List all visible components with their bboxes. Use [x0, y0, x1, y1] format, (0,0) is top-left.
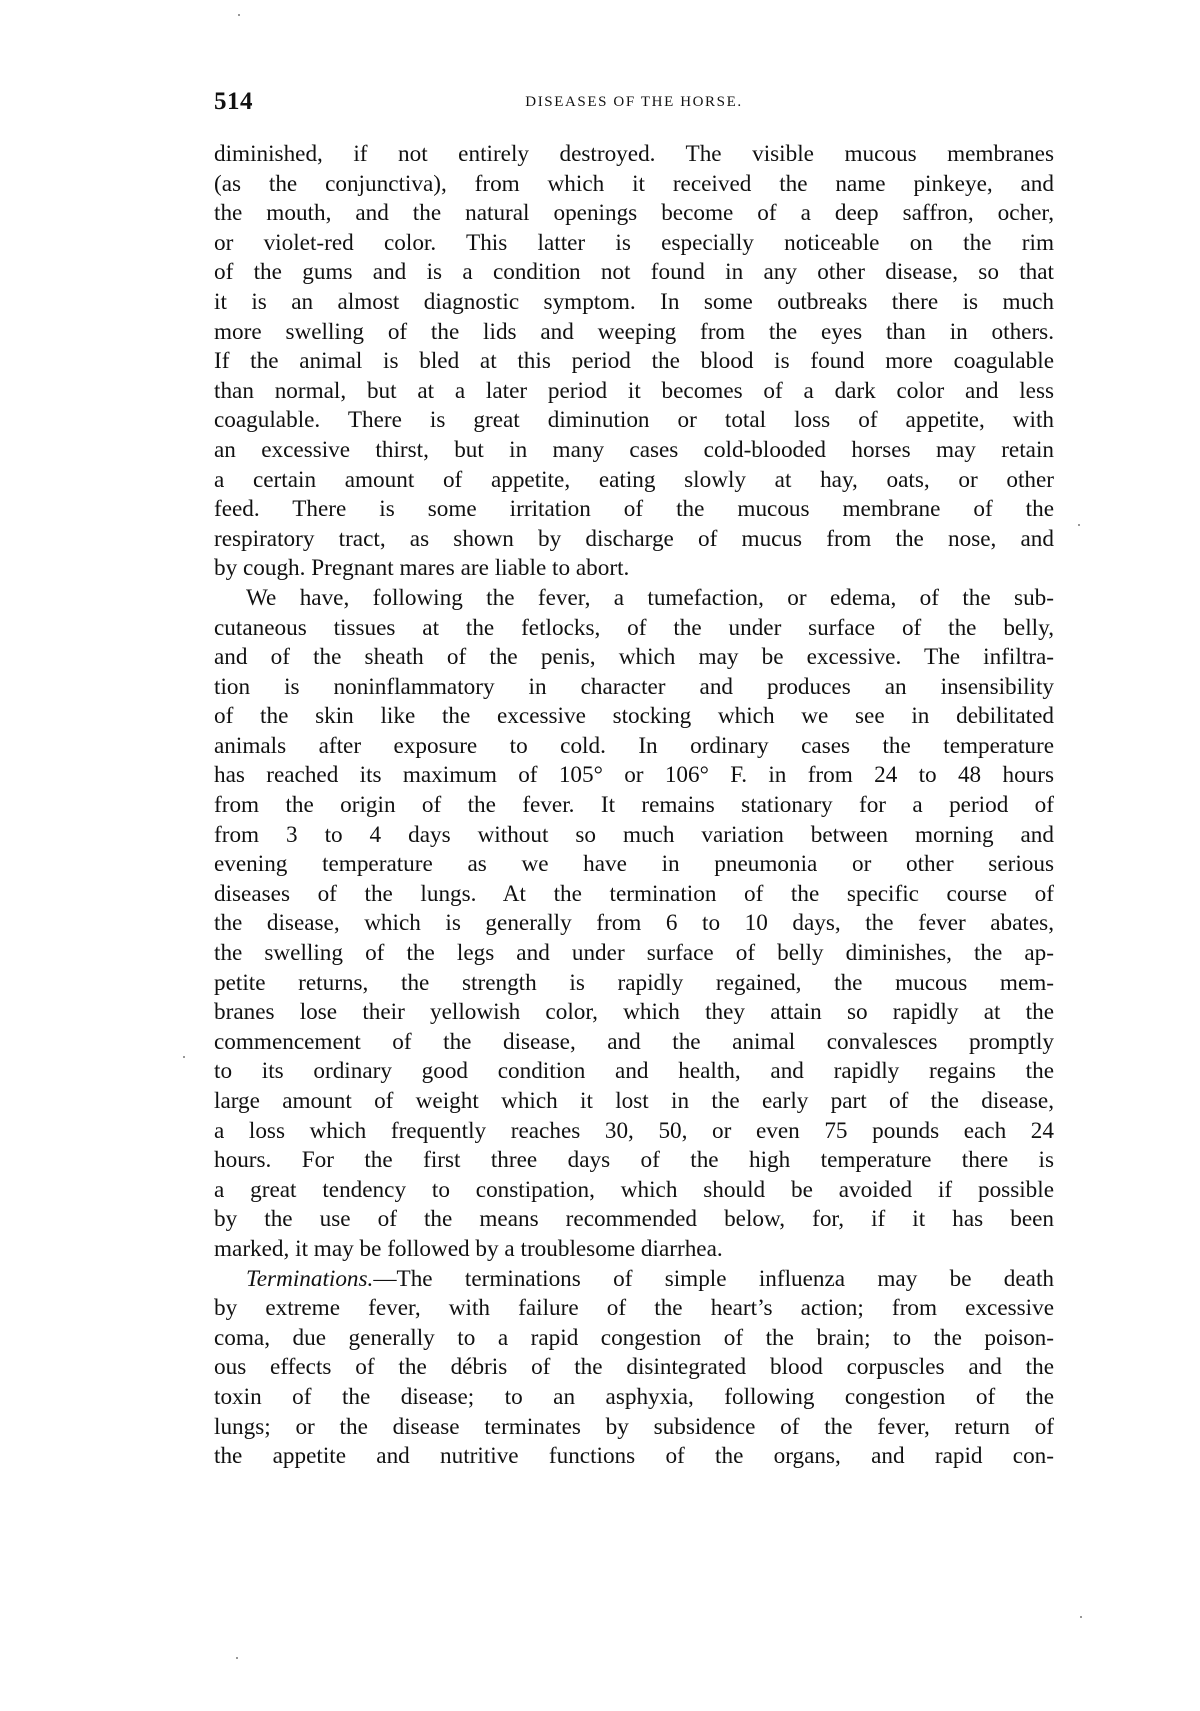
- text-line: by extreme fever, with failure of the he…: [214, 1294, 1054, 1324]
- text-line: toxin of the disease; to an asphyxia, fo…: [214, 1383, 1054, 1413]
- text-line: the swelling of the legs and under surfa…: [214, 939, 1054, 969]
- text-line: coma, due generally to a rapid congestio…: [214, 1324, 1054, 1354]
- text-line: Terminations.—The terminations of simple…: [214, 1265, 1054, 1295]
- scan-speck: [238, 14, 240, 16]
- text-line: tion is noninflammatory in character and…: [214, 673, 1054, 703]
- scan-speck: [1078, 524, 1080, 526]
- text-line: a loss which frequently reaches 30, 50, …: [214, 1117, 1054, 1147]
- text-line: by cough. Pregnant mares are liable to a…: [214, 554, 1054, 584]
- text-line: of the gums and is a condition not found…: [214, 258, 1054, 288]
- section-lead-italic: Terminations.: [246, 1266, 373, 1292]
- text-line: feed. There is some irritation of the mu…: [214, 495, 1054, 525]
- text-line: lungs; or the disease terminates by subs…: [214, 1413, 1054, 1443]
- text-line: diminished, if not entirely destroyed. T…: [214, 140, 1054, 170]
- text-line: the disease, which is generally from 6 t…: [214, 909, 1054, 939]
- text-line: commencement of the disease, and the ani…: [214, 1028, 1054, 1058]
- text-line: it is an almost diagnostic symptom. In s…: [214, 288, 1054, 318]
- scan-speck: [236, 1657, 238, 1659]
- running-title: DISEASES OF THE HORSE.: [214, 94, 1054, 111]
- text-run: —The terminations of simple influenza ma…: [373, 1266, 1054, 1292]
- paragraph: Terminations.—The terminations of simple…: [214, 1265, 1054, 1472]
- text-line: marked, it may be followed by a troubles…: [214, 1235, 1054, 1265]
- text-line: of the skin like the excessive stocking …: [214, 702, 1054, 732]
- text-line: We have, following the fever, a tumefact…: [214, 584, 1054, 614]
- text-line: (as the conjunctiva), from which it rece…: [214, 170, 1054, 200]
- paragraph: diminished, if not entirely destroyed. T…: [214, 140, 1054, 584]
- text-line: evening temperature as we have in pneumo…: [214, 850, 1054, 880]
- text-line: coagulable. There is great diminution or…: [214, 406, 1054, 436]
- book-page: 514 DISEASES OF THE HORSE. diminished, i…: [0, 0, 1200, 1711]
- text-line: has reached its maximum of 105° or 106° …: [214, 761, 1054, 791]
- body-text: diminished, if not entirely destroyed. T…: [214, 140, 1054, 1472]
- text-line: than normal, but at a later period it be…: [214, 377, 1054, 407]
- text-line: the mouth, and the natural openings beco…: [214, 199, 1054, 229]
- text-line: a great tendency to constipation, which …: [214, 1176, 1054, 1206]
- text-line: ous effects of the débris of the disinte…: [214, 1353, 1054, 1383]
- text-line: from 3 to 4 days without so much variati…: [214, 821, 1054, 851]
- text-line: hours. For the first three days of the h…: [214, 1146, 1054, 1176]
- text-line: branes lose their yellowish color, which…: [214, 998, 1054, 1028]
- scan-speck: [1080, 1616, 1082, 1618]
- running-head: 514 DISEASES OF THE HORSE.: [214, 88, 1054, 120]
- text-line: animals after exposure to cold. In ordin…: [214, 732, 1054, 762]
- text-line: the appetite and nutritive functions of …: [214, 1442, 1054, 1472]
- text-line: by the use of the means recommended belo…: [214, 1205, 1054, 1235]
- text-line: a certain amount of appetite, eating slo…: [214, 466, 1054, 496]
- text-line: or violet-red color. This latter is espe…: [214, 229, 1054, 259]
- text-line: to its ordinary good condition and healt…: [214, 1057, 1054, 1087]
- text-line: diseases of the lungs. At the terminatio…: [214, 880, 1054, 910]
- text-line: If the animal is bled at this period the…: [214, 347, 1054, 377]
- paragraph: We have, following the fever, a tumefact…: [214, 584, 1054, 1265]
- text-line: respiratory tract, as shown by discharge…: [214, 525, 1054, 555]
- scan-speck: [183, 1056, 185, 1058]
- text-line: cutaneous tissues at the fetlocks, of th…: [214, 614, 1054, 644]
- text-line: and of the sheath of the penis, which ma…: [214, 643, 1054, 673]
- text-line: petite returns, the strength is rapidly …: [214, 969, 1054, 999]
- text-line: from the origin of the fever. It remains…: [214, 791, 1054, 821]
- text-line: large amount of weight which it lost in …: [214, 1087, 1054, 1117]
- text-line: more swelling of the lids and weeping fr…: [214, 318, 1054, 348]
- text-line: an excessive thirst, but in many cases c…: [214, 436, 1054, 466]
